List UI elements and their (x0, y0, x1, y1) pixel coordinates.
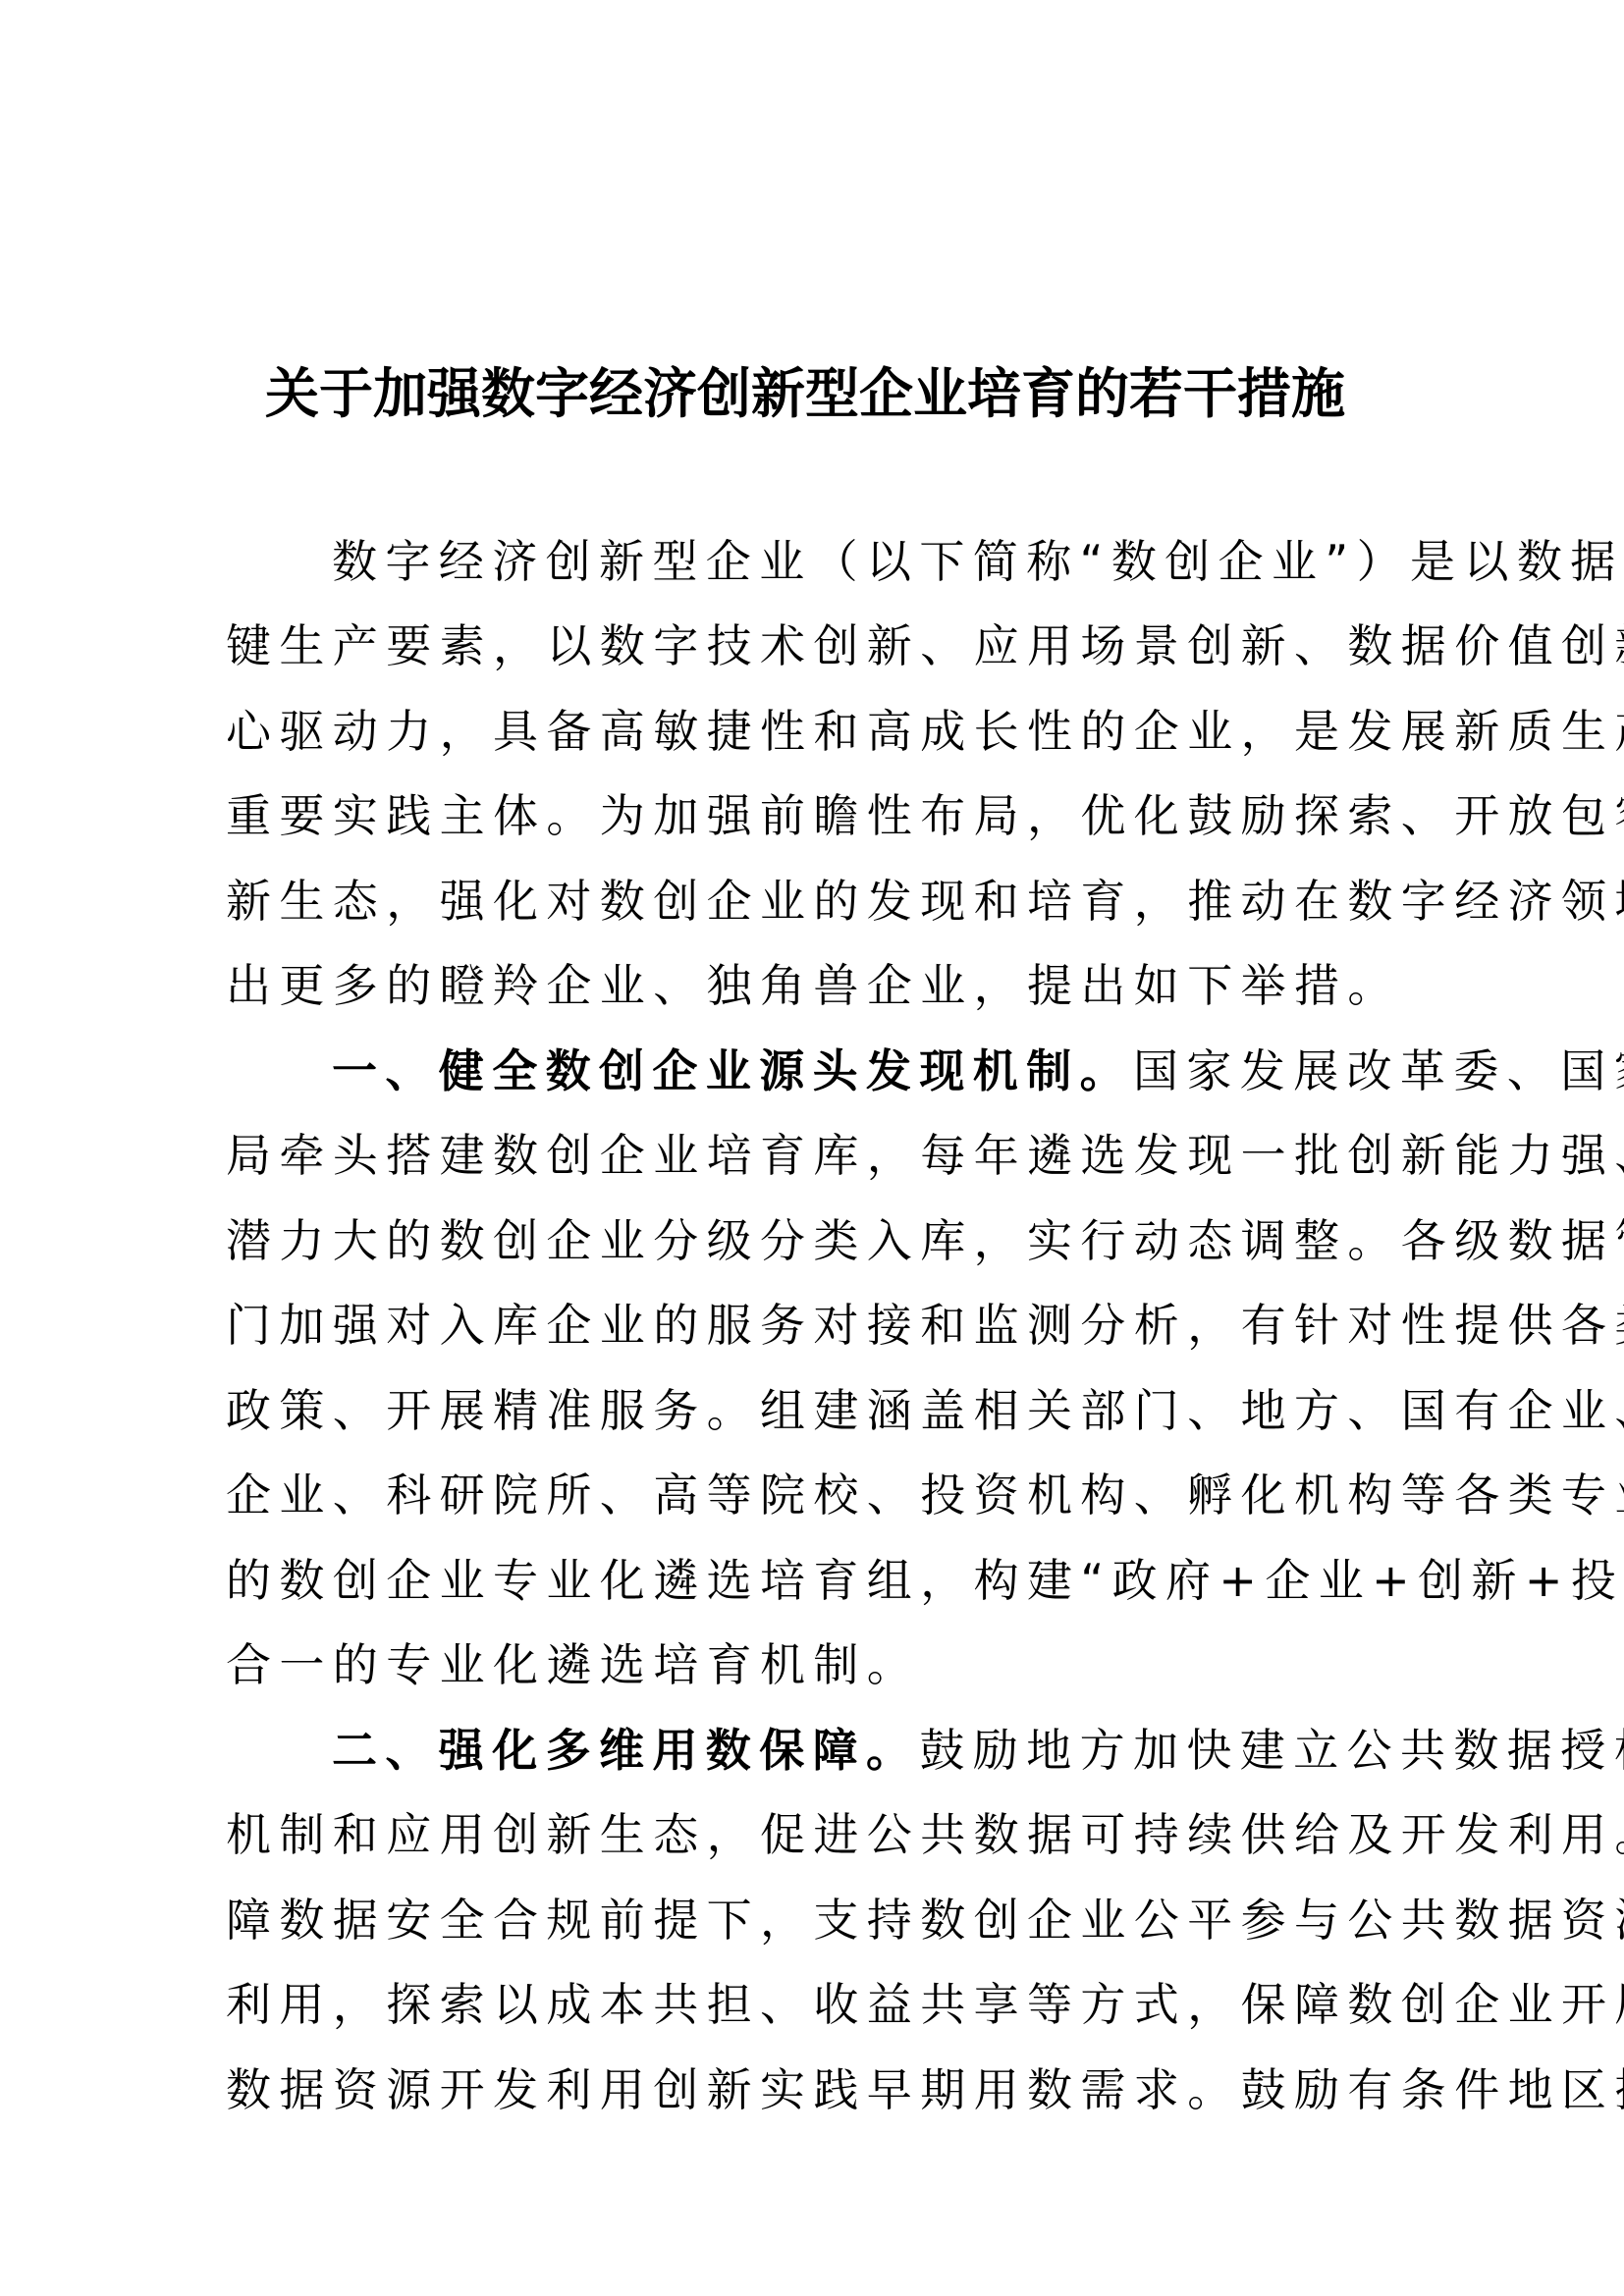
paragraph-1-line-5: 新生态，强化对数创企业的发现和培育，推动在数字经济领域涌现 (226, 872, 1624, 931)
paragraph-3-line-2: 机制和应用创新生态，促进公共数据可持续供给及开发利用。在保 (226, 1805, 1624, 1864)
paragraph-2-line-5: 政策、开展精准服务。组建涵盖相关部门、地方、国有企业、民营 (226, 1381, 1624, 1440)
paragraph-1-line-6: 出更多的瞪羚企业、独角兽企业，提出如下举措。 (226, 956, 1401, 1015)
document-page: 关于加强数字经济创新型企业培育的若干措施 数字经济创新型企业（以下简称“数创企业… (0, 0, 1624, 2296)
paragraph-1-line-4: 重要实践主体。为加强前瞻性布局，优化鼓励探索、开放包容的创 (226, 786, 1624, 845)
paragraph-2-line-3: 潜力大的数创企业分级分类入库，实行动态调整。各级数据管理部 (226, 1211, 1624, 1270)
document-title: 关于加强数字经济创新型企业培育的若干措施 (265, 359, 1365, 428)
paragraph-2-line-4: 门加强对入库企业的服务对接和监测分析，有针对性提供各类培育 (226, 1296, 1624, 1355)
paragraph-2-line-7: 的数创企业专业化遴选培育组，构建“政府+企业+创新+投资”四 (226, 1551, 1624, 1610)
paragraph-1-line-1: 数字经济创新型企业（以下简称“数创企业”）是以数据为关 (226, 532, 1624, 591)
paragraph-3-line-1: 二、强化多维用数保障。鼓励地方加快建立公共数据授权运营 (226, 1721, 1624, 1780)
paragraph-2-line-6: 企业、科研院所、高等院校、投资机构、孵化机构等各类专业人员 (226, 1466, 1624, 1524)
paragraph-1-line-3: 心驱动力，具备高敏捷性和高成长性的企业，是发展新质生产力的 (226, 702, 1624, 761)
paragraph-3-line-4: 利用，探索以成本共担、收益共享等方式，保障数创企业开展公共 (226, 1975, 1624, 2034)
paragraph-2-line-8: 合一的专业化遴选培育机制。 (226, 1635, 920, 1694)
paragraph-2-line-1-text: 国家发展改革委、国家数据 (1133, 1044, 1624, 1097)
paragraph-3-line-3: 障数据安全合规前提下，支持数创企业公平参与公共数据资源开发 (226, 1891, 1624, 1949)
paragraph-3-line-5: 数据资源开发利用创新实践早期用数需求。鼓励有条件地区探索发 (226, 2060, 1624, 2119)
section-heading-1: 一、健全数创企业源头发现机制。 (332, 1044, 1133, 1097)
section-heading-2: 二、强化多维用数保障。 (332, 1724, 919, 1777)
paragraph-3-line-1-text: 鼓励地方加快建立公共数据授权运营 (919, 1724, 1624, 1777)
paragraph-2-line-2: 局牵头搭建数创企业培育库，每年遴选发现一批创新能力强、发展 (226, 1126, 1624, 1185)
paragraph-1-line-2: 键生产要素，以数字技术创新、应用场景创新、数据价值创新为核 (226, 616, 1624, 675)
paragraph-2-line-1: 一、健全数创企业源头发现机制。国家发展改革委、国家数据 (226, 1041, 1624, 1100)
